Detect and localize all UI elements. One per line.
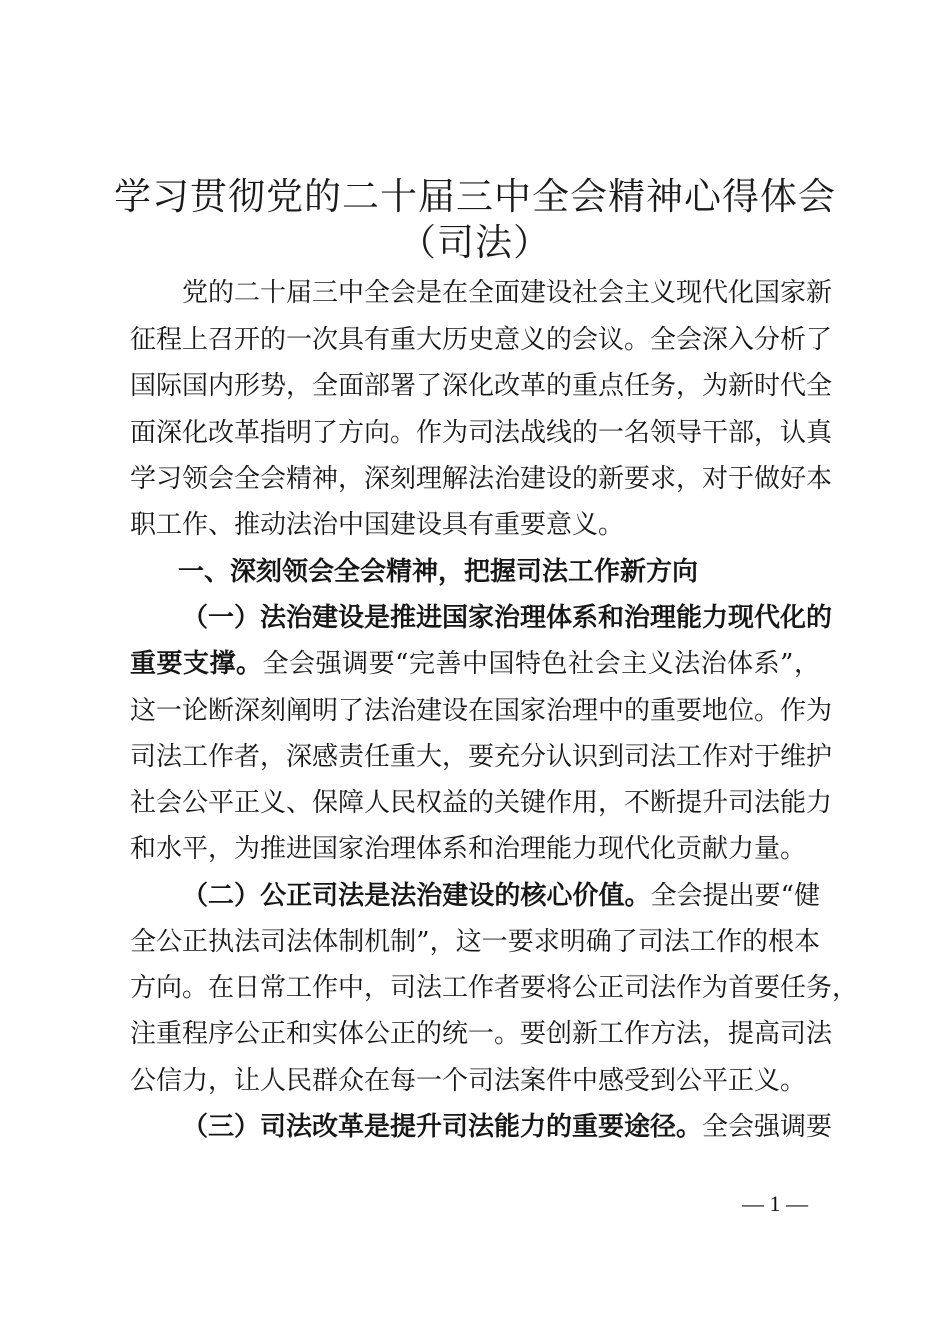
item2-line-3: 方向。在日常工作中，司法工作者要将公正司法作为首要任务，: [130, 965, 820, 1011]
item1-line-2-rest: 全会强调要“完善中国特色社会主义法治体系”，: [263, 649, 820, 679]
document-title: 学习贯彻党的二十届三中全会精神心得体会: [0, 174, 950, 220]
item2-line-4: 注重程序公正和实体公正的统一。要创新工作方法，提高司法: [130, 1011, 820, 1057]
item2-line-5: 公信力，让人民群众在每一个司法案件中感受到公平正义。: [130, 1058, 820, 1104]
item2-line-1-rest: 全会提出要“健: [651, 881, 820, 911]
item2-lead: （二）公正司法是法治建设的核心价值。: [182, 881, 651, 911]
item3-line-1: （三）司法改革是提升司法能力的重要途径。全会强调要: [182, 1104, 820, 1150]
item1-lead-cont: 重要支撑。: [130, 649, 263, 679]
item1-lead: （一）法治建设是推进国家治理体系和治理能力现代化的: [182, 595, 820, 641]
intro-line-1: 党的二十届三中全会是在全面建设社会主义现代化国家新: [182, 270, 820, 316]
document-page: 学习贯彻党的二十届三中全会精神心得体会 （司法） 党的二十届三中全会是在全面建设…: [0, 0, 950, 1344]
item1-line-4: 司法工作者，深感责任重大，要充分认识到司法工作对于维护: [130, 734, 820, 780]
intro-line-4: 面深化改革指明了方向。作为司法战线的一名领导干部，认真: [130, 410, 820, 456]
document-subtitle: （司法）: [0, 220, 950, 266]
intro-line-5: 学习领会全会精神，深刻理解法治建设的新要求，对于做好本: [130, 456, 820, 502]
intro-line-3: 国际国内形势，全面部署了深化改革的重点任务，为新时代全: [130, 363, 820, 409]
item1-line-5: 社会公平正义、保障人民权益的关键作用，不断提升司法能力: [130, 780, 820, 826]
item1-line-2: 重要支撑。全会强调要“完善中国特色社会主义法治体系”，: [130, 641, 820, 687]
section-heading-1: 一、深刻领会全会精神，把握司法工作新方向: [178, 549, 698, 595]
item3-line-1-rest: 全会强调要: [702, 1112, 832, 1142]
intro-line-6: 职工作、推动法治中国建设具有重要意义。: [130, 502, 820, 548]
item3-lead: （三）司法改革是提升司法能力的重要途径。: [182, 1112, 702, 1142]
item2-line-1: （二）公正司法是法治建设的核心价值。全会提出要“健: [182, 873, 820, 919]
item2-line-2: 全公正执法司法体制机制”，这一要求明确了司法工作的根本: [130, 919, 820, 965]
item1-line-6: 和水平，为推进国家治理体系和治理能力现代化贡献力量。: [130, 826, 820, 872]
intro-line-2: 征程上召开的一次具有重大历史意义的会议。全会深入分析了: [130, 317, 820, 363]
page-number: — 1 —: [730, 1191, 820, 1217]
item1-line-3: 这一论断深刻阐明了法治建设在国家治理中的重要地位。作为: [130, 688, 820, 734]
